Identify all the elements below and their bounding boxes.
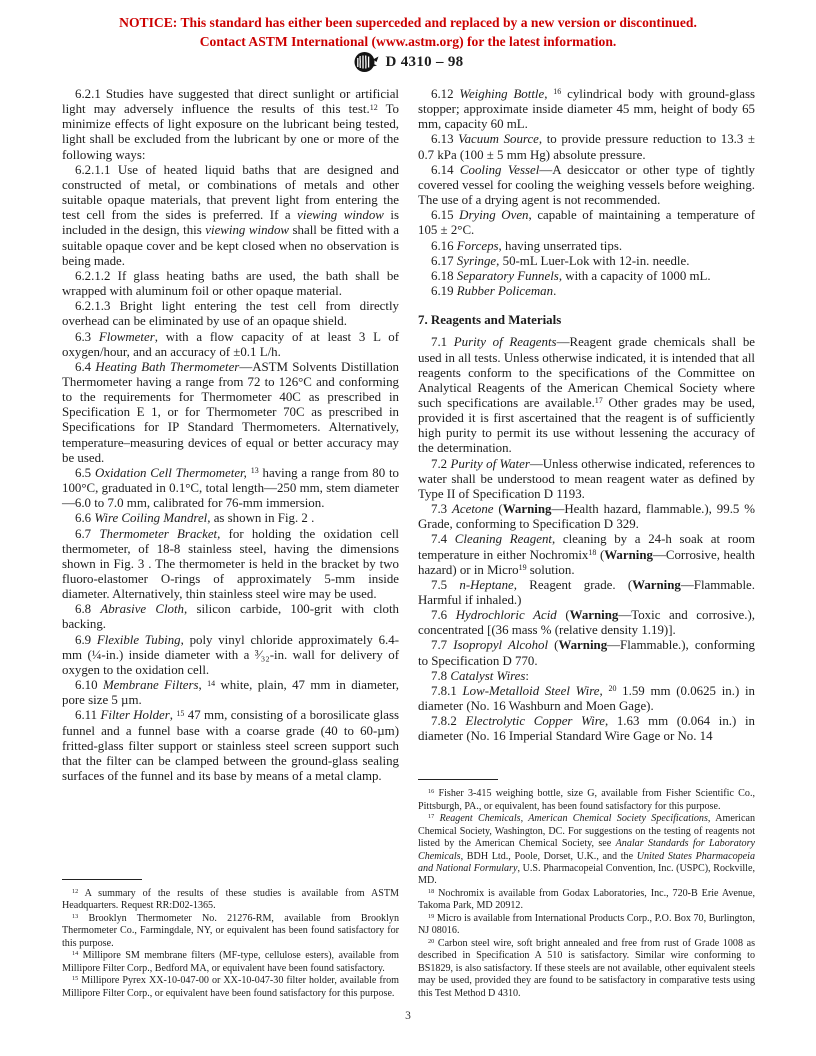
paragraph: 6.6 Wire Coiling Mandrel, as shown in Fi… (62, 511, 399, 526)
two-column-text: 6.2.1 Studies have suggested that direct… (62, 87, 755, 1000)
footnote-ref: 19 (519, 563, 527, 572)
paragraph: 7.4 Cleaning Reagent, cleaning by a 24-h… (418, 532, 755, 577)
text-segment: Flowmeter (99, 330, 155, 344)
footnote: 12 A summary of the results of these stu… (62, 888, 399, 913)
text-segment: Warning (570, 608, 619, 622)
text-segment: 6.2.1.2 If glass heating baths are used,… (62, 269, 399, 298)
text-segment: Reagent grade. ( (517, 578, 632, 592)
text-segment: 6.18 (431, 269, 457, 283)
text-segment: 6.19 (431, 284, 457, 298)
text-segment: 7.5 (431, 578, 459, 592)
text-segment: 7.8 (431, 669, 450, 683)
text-segment: 6.8 (75, 602, 100, 616)
paragraph: 6.17 Syringe, 50-mL Luer-Lok with 12-in.… (418, 254, 755, 269)
text-segment: Cooling Vessel (460, 163, 539, 177)
footnote: 20 Carbon steel wire, soft bright anneal… (418, 938, 755, 1000)
text-segment: Hydrochloric Acid (456, 608, 557, 622)
text-segment: Separatory Funnels (457, 269, 559, 283)
footnote-ref: 15 (72, 975, 78, 982)
document-header: D 4310 – 98 (0, 50, 816, 74)
text-segment: 7.3 (431, 502, 452, 516)
footnote-ref: 18 (428, 888, 434, 895)
text-segment: Purity of Water (451, 457, 530, 471)
right-column-body: 6.12 Weighing Bottle, 16 cylindrical bod… (418, 87, 755, 745)
paragraph: 6.10 Membrane Filters, 14 white, plain, … (62, 678, 399, 708)
text-segment: Heating Bath Thermometer (95, 360, 239, 374)
text-segment: —ASTM Solvents Distillation Thermometer … (62, 360, 399, 465)
footnote: 16 Fisher 3-415 weighing bottle, size G,… (418, 788, 755, 813)
footnote-ref: 18 (588, 548, 596, 557)
page-number: 3 (0, 1010, 816, 1022)
text-segment: Warning (503, 502, 552, 516)
right-column: 6.12 Weighing Bottle, 16 cylindrical bod… (418, 87, 755, 1000)
text-segment: Nochromix is available from Godax Labora… (418, 888, 755, 911)
paragraph: 6.2.1.2 If glass heating baths are used,… (62, 269, 399, 299)
text-segment: Thermometer Bracket (99, 527, 217, 541)
text-segment: Micro is available from International Pr… (418, 913, 755, 936)
paragraph: 6.9 Flexible Tubing, poly vinyl chloride… (62, 633, 399, 678)
paragraph: 7.6 Hydrochloric Acid (Warning—Toxic and… (418, 608, 755, 638)
footnote-ref: 16 (553, 87, 561, 96)
notice-line-1: NOTICE: This standard has either been su… (0, 13, 816, 32)
paragraph: 7.5 n-Heptane, Reagent grade. (Warning—F… (418, 578, 755, 608)
paragraph: 7.8.1 Low-Metalloid Steel Wire, 20 1.59 … (418, 684, 755, 714)
footnote-ref: 20 (428, 938, 434, 945)
text-segment: 6.12 (431, 87, 459, 101)
text-segment: Warning (558, 638, 607, 652)
text-segment: Millipore Pyrex XX-10-047-00 or XX-10-04… (62, 975, 399, 998)
footnote-ref: 12 (72, 888, 78, 895)
text-segment: 6.11 (75, 708, 100, 722)
text-segment: n-Heptane, (459, 578, 517, 592)
text-segment: Isopropyl Alcohol (453, 638, 548, 652)
text-segment: 6.7 (75, 527, 99, 541)
text-segment: 6.14 (431, 163, 460, 177)
footnote-ref: 13 (72, 913, 78, 920)
text-segment: ( (494, 502, 503, 516)
footnote-ref: 16 (428, 788, 434, 795)
footnote: 15 Millipore Pyrex XX-10-047-00 or XX-10… (62, 975, 399, 1000)
footnote-ref: 12 (370, 103, 378, 112)
paragraph: 6.4 Heating Bath Thermometer—ASTM Solven… (62, 360, 399, 466)
text-segment: Carbon steel wire, soft bright annealed … (418, 938, 755, 999)
notice-line-2: Contact ASTM International (www.astm.org… (0, 32, 816, 51)
paragraph: 6.2.1.1 Use of heated liquid baths that … (62, 163, 399, 269)
paragraph: 6.2.1 Studies have suggested that direct… (62, 87, 399, 163)
supersession-notice: NOTICE: This standard has either been su… (0, 13, 816, 51)
text-segment: Reagent Chemicals, American Chemical Soc… (440, 813, 708, 824)
text-segment: 6.9 (75, 633, 97, 647)
paragraph: 6.18 Separatory Funnels, with a capacity… (418, 269, 755, 284)
text-segment: 6.5 (75, 466, 95, 480)
text-segment: 7. Reagents and Materials (418, 313, 561, 327)
text-segment: 6.6 (75, 511, 94, 525)
text-segment: A summary of the results of these studie… (62, 888, 399, 911)
footnote-ref: 17 (428, 813, 434, 820)
text-segment: Purity of Reagents (454, 335, 557, 349)
paragraph: 6.16 Forceps, having unserrated tips. (418, 239, 755, 254)
text-segment: Flexible Tubing (97, 633, 181, 647)
text-segment: Low-Metalloid Steel Wire, (463, 684, 603, 698)
text-segment: 7.1 (431, 335, 454, 349)
text-segment: 7.6 (431, 608, 456, 622)
footnote: 13 Brooklyn Thermometer No. 21276-RM, av… (62, 913, 399, 950)
text-segment: 7.8.2 (431, 714, 465, 728)
text-segment: 6.2.1 Studies have suggested that direct… (62, 87, 399, 116)
text-segment: : (525, 669, 529, 683)
paragraph: 6.19 Rubber Policeman. (418, 284, 755, 299)
text-segment: Electrolytic Copper Wire (465, 714, 605, 728)
text-segment: . (553, 284, 556, 298)
text-segment: Forceps (457, 239, 499, 253)
text-segment: Rubber Policeman (457, 284, 553, 298)
text-segment: Syringe (457, 254, 496, 268)
footnote: 17 Reagent Chemicals, American Chemical … (418, 813, 755, 888)
text-segment: , (199, 678, 208, 692)
paragraph: 7.1 Purity of Reagents—Reagent grade che… (418, 335, 755, 456)
paragraph: 6.11 Filter Holder, 15 47 mm, consisting… (62, 708, 399, 784)
text-segment: , with a capacity of 1000 mL. (559, 269, 711, 283)
text-segment: Warning (604, 548, 653, 562)
text-segment: , 50-mL Luer-Lok with 12-in. needle. (496, 254, 689, 268)
paragraph: 6.7 Thermometer Bracket, for holding the… (62, 527, 399, 603)
text-segment: Fisher 3-415 weighing bottle, size G, av… (418, 788, 755, 811)
text-segment: 6.10 (75, 678, 103, 692)
footnote-ref: 15 (176, 709, 184, 718)
text-segment: , as shown in Fig. 2 . (207, 511, 314, 525)
text-segment: 6.17 (431, 254, 457, 268)
text-segment: 6.16 (431, 239, 457, 253)
text-segment: Membrane Filters (103, 678, 199, 692)
text-segment: , BDH Ltd., Poole, Dorset, U.K., and the (461, 851, 637, 862)
text-segment: Oxidation Cell Thermometer, (95, 466, 247, 480)
text-segment: Weighing Bottle (459, 87, 544, 101)
left-footnote-list: 12 A summary of the results of these stu… (62, 888, 399, 1000)
left-column: 6.2.1 Studies have suggested that direct… (62, 87, 399, 1000)
paragraph: 6.13 Vacuum Source, to provide pressure … (418, 132, 755, 162)
text-segment: 6.2.1.3 Bright light entering the test c… (62, 299, 399, 328)
text-segment: Cleaning Reagent (455, 532, 552, 546)
paragraph: 6.2.1.3 Bright light entering the test c… (62, 299, 399, 329)
text-segment: Drying Oven (459, 208, 528, 222)
paragraph: 7.8 Catalyst Wires: (418, 669, 755, 684)
text-segment: viewing window (205, 223, 289, 237)
footnote: 19 Micro is available from International… (418, 913, 755, 938)
text-segment: 6.4 (75, 360, 95, 374)
text-segment: 7.7 (431, 638, 453, 652)
footnote-ref: 13 (251, 466, 259, 475)
paragraph: 7.3 Acetone (Warning—Health hazard, flam… (418, 502, 755, 532)
text-segment: 6.3 (75, 330, 99, 344)
text-segment: 7.2 (431, 457, 451, 471)
footnote-ref: 14 (207, 679, 215, 688)
footnote: 18 Nochromix is available from Godax Lab… (418, 888, 755, 913)
text-segment: Brooklyn Thermometer No. 21276-RM, avail… (62, 913, 399, 949)
footnote-ref: 20 (608, 684, 616, 693)
paragraph: 6.3 Flowmeter, with a flow capacity of a… (62, 330, 399, 360)
paragraph: 6.12 Weighing Bottle, 16 cylindrical bod… (418, 87, 755, 132)
text-segment: 6.13 (431, 132, 458, 146)
text-segment: Catalyst Wires (450, 669, 525, 683)
text-segment: viewing window (297, 208, 384, 222)
paragraph: 6.14 Cooling Vessel—A desiccator or othe… (418, 163, 755, 208)
footnote-separator (418, 779, 498, 780)
text-segment: Warning (632, 578, 681, 592)
left-footnotes: 12 A summary of the results of these stu… (62, 879, 399, 1000)
astm-logo-icon (353, 50, 379, 74)
right-footnotes: 16 Fisher 3-415 weighing bottle, size G,… (418, 779, 755, 1000)
document-page: NOTICE: This standard has either been su… (0, 0, 816, 1056)
right-footnote-list: 16 Fisher 3-415 weighing bottle, size G,… (418, 788, 755, 1000)
text-segment: 6.15 (431, 208, 459, 222)
paragraph: 6.8 Abrasive Cloth, silicon carbide, 100… (62, 602, 399, 632)
text-segment: 7.8.1 (431, 684, 463, 698)
text-segment: Acetone (452, 502, 494, 516)
text-segment: Abrasive Cloth (100, 602, 184, 616)
footnote-ref: 14 (72, 950, 78, 957)
paragraph: 7.2 Purity of Water—Unless otherwise ind… (418, 457, 755, 502)
paragraph: 6.5 Oxidation Cell Thermometer, 13 havin… (62, 466, 399, 511)
footnote: 14 Millipore SM membrane filters (MF-typ… (62, 950, 399, 975)
text-segment: , having unserrated tips. (499, 239, 623, 253)
text-segment: 7.4 (431, 532, 455, 546)
footnote-ref: 17 (595, 396, 603, 405)
standard-designation: D 4310 – 98 (386, 54, 464, 71)
left-column-body: 6.2.1 Studies have suggested that direct… (62, 87, 399, 784)
text-segment: Vacuum Source (458, 132, 539, 146)
text-segment: solution. (527, 563, 575, 577)
text-segment: Millipore SM membrane filters (MF-type, … (62, 950, 399, 973)
footnote-separator (62, 879, 142, 880)
text-segment: ( (548, 638, 558, 652)
text-segment: Wire Coiling Mandrel (94, 511, 207, 525)
paragraph: 7.7 Isopropyl Alcohol (Warning—Flammable… (418, 638, 755, 668)
text-segment: Filter Holder (100, 708, 169, 722)
paragraph: 7.8.2 Electrolytic Copper Wire, 1.63 mm … (418, 714, 755, 744)
section-heading: 7. Reagents and Materials (418, 313, 755, 328)
footnote-ref: 19 (428, 913, 434, 920)
text-segment: , (544, 87, 553, 101)
paragraph: 6.15 Drying Oven, capable of maintaining… (418, 208, 755, 238)
text-segment: ( (557, 608, 570, 622)
